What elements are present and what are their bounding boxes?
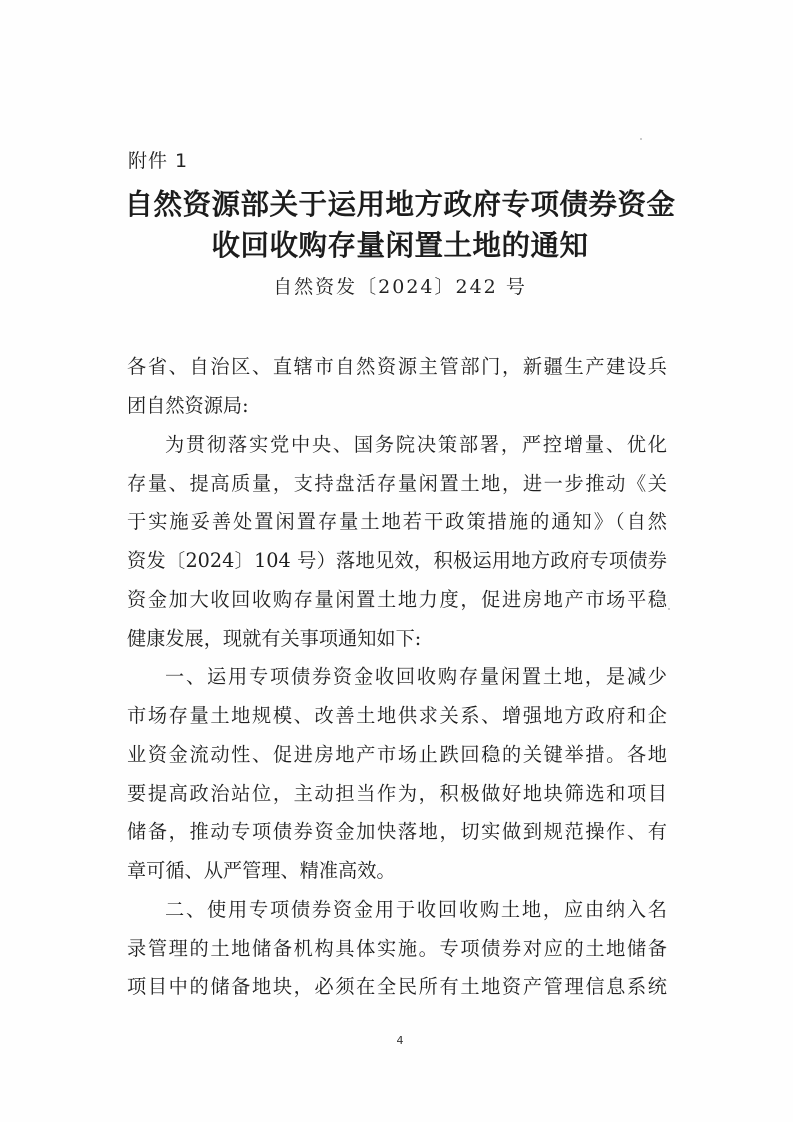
document-title-line-1: 自然资源部关于运用地方政府专项债券资金 bbox=[120, 182, 680, 223]
body-line: 业资金流动性、促进房地产市场止跌回稳的关键举措。各地 bbox=[127, 740, 667, 767]
document-title-line-2: 收回收购存量闲置土地的通知 bbox=[120, 223, 680, 264]
body-line: 录管理的土地储备机构具体实施。专项债券对应的土地储备 bbox=[127, 934, 667, 961]
body-line: 资金加大收回收购存量闲置土地力度，促进房地产市场平稳 bbox=[127, 585, 667, 612]
body-line: 一、运用专项债券资金收回收购存量闲置土地，是减少 bbox=[165, 662, 667, 689]
body-line: 于实施妥善处置闲置存量土地若干政策措施的通知》（自然 bbox=[127, 507, 667, 534]
attachment-label: 附件 1 bbox=[128, 146, 188, 173]
body-line: 存量、提高质量，支持盘活存量闲置土地，进一步推动《关 bbox=[127, 469, 667, 496]
body-line: 二、使用专项债券资金用于收回收购土地，应由纳入名 bbox=[165, 895, 667, 922]
page-number: 4 bbox=[390, 1034, 410, 1047]
body-line: 各省、自治区、直辖市自然资源主管部门，新疆生产建设兵 bbox=[127, 352, 667, 379]
scan-artifact bbox=[585, 558, 587, 560]
body-line: 健康发展，现就有关事项通知如下: bbox=[127, 624, 667, 651]
scan-artifact bbox=[668, 608, 670, 610]
body-line: 团自然资源局: bbox=[127, 391, 667, 418]
body-line: 章可循、从严管理、精准高效。 bbox=[127, 856, 667, 883]
body-line: 要提高政治站位，主动担当作为，积极做好地块筛选和项目 bbox=[127, 779, 667, 806]
document-number: 自然资发〔2024〕242 号 bbox=[120, 272, 680, 299]
body-line: 为贯彻落实党中央、国务院决策部署，严控增量、优化 bbox=[165, 430, 667, 457]
document-page: 附件 1 自然资源部关于运用地方政府专项债券资金 收回收购存量闲置土地的通知 自… bbox=[0, 0, 793, 1122]
body-line: 市场存量土地规模、改善土地供求关系、增强地方政府和企 bbox=[127, 701, 667, 728]
body-line: 储备，推动专项债券资金加快落地，切实做到规范操作、有 bbox=[127, 817, 667, 844]
body-line: 项目中的储备地块，必须在全民所有土地资产管理信息系统 bbox=[127, 972, 667, 999]
scan-artifact bbox=[640, 138, 642, 140]
